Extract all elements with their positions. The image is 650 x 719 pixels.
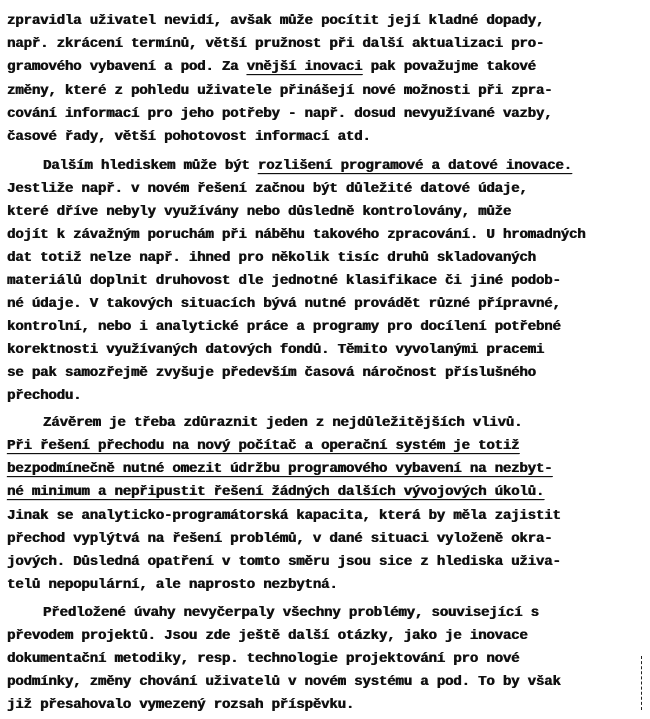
underlined-text: Při řešení přechodu na nový počítač a op… xyxy=(7,438,519,454)
text-span: kontrolní, nebo i analytické práce a pro… xyxy=(7,319,561,335)
text-span: které dříve nebyly využívány nebo důsled… xyxy=(7,204,511,220)
text-line: Závěrem je třeba zdůraznit jeden z nejdů… xyxy=(43,414,522,432)
text-line: zpravidla uživatel nevidí, avšak může po… xyxy=(7,12,544,30)
text-line: jových. Důsledná opatření v tomto směru … xyxy=(7,553,561,571)
underlined-text: rozlišení programové a datové inovace. xyxy=(258,158,572,174)
text-line: né údaje. V takových situacích bývá nutn… xyxy=(7,295,561,313)
text-span: dojít k závažným poruchám při náběhu tak… xyxy=(7,227,585,243)
text-line: Při řešení přechodu na nový počítač a op… xyxy=(7,437,519,455)
text-line: gramového vybavení a pod. Za vnější inov… xyxy=(7,58,536,76)
text-span: přechod vyplýtvá na řešení problémů, v d… xyxy=(7,531,552,547)
text-span: materiálů doplnit druhovost dle jednotné… xyxy=(7,273,561,289)
text-line: se pak samozřejmě zvyšuje především časo… xyxy=(7,364,536,382)
text-span: změny, které z pohledu uživatele přináše… xyxy=(7,83,552,99)
text-span: Předložené úvahy nevyčerpaly všechny pro… xyxy=(43,605,539,621)
text-span: Jinak se analyticko-programátorská kapac… xyxy=(7,508,561,524)
text-line: cování informací pro jeho potřeby - např… xyxy=(7,105,552,123)
text-span: cování informací pro jeho potřeby - např… xyxy=(7,106,552,122)
underlined-text: bezpodmínečně nutné omezit údržbu progra… xyxy=(7,461,552,477)
text-line: časové řady, větší pohotovost informací … xyxy=(7,128,371,146)
text-span: podmínky, změny chování uživatelů v nové… xyxy=(7,674,561,690)
margin-mark xyxy=(641,656,642,710)
text-span: Dalším hlediskem může být xyxy=(43,158,258,174)
text-span: zpravidla uživatel nevidí, avšak může po… xyxy=(7,13,544,29)
text-line: dokumentační metodiky, resp. technologie… xyxy=(7,650,519,668)
text-span: převodem projektů. Jsou zde ještě další … xyxy=(7,628,528,644)
text-span: telů nepopulární, ale naprosto nezbytná. xyxy=(7,577,338,593)
text-span: korektnosti využívaných datových fondů. … xyxy=(7,342,544,358)
text-line: telů nepopulární, ale naprosto nezbytná. xyxy=(7,576,338,594)
text-span: Závěrem je třeba zdůraznit jeden z nejdů… xyxy=(43,415,522,431)
text-line: přechodu. xyxy=(7,387,81,405)
text-line: bezpodmínečně nutné omezit údržbu progra… xyxy=(7,460,552,478)
text-span: jových. Důsledná opatření v tomto směru … xyxy=(7,554,561,570)
text-line: podmínky, změny chování uživatelů v nové… xyxy=(7,673,561,691)
text-span: přechodu. xyxy=(7,388,81,404)
text-span: časové řady, větší pohotovost informací … xyxy=(7,129,371,145)
text-line: přechod vyplýtvá na řešení problémů, v d… xyxy=(7,530,552,548)
text-line: již přesahovalo vymezený rozsah příspěvk… xyxy=(7,696,354,714)
typewritten-page: zpravidla uživatel nevidí, avšak může po… xyxy=(0,0,650,719)
text-span: dat totiž nelze např. ihned pro několik … xyxy=(7,250,536,266)
text-line: kontrolní, nebo i analytické práce a pro… xyxy=(7,318,561,336)
text-line: Předložené úvahy nevyčerpaly všechny pro… xyxy=(43,604,539,622)
text-line: Jinak se analyticko-programátorská kapac… xyxy=(7,507,561,525)
text-span: Jestliže např. v novém řešení začnou být… xyxy=(7,181,528,197)
text-line: které dříve nebyly využívány nebo důsled… xyxy=(7,203,511,221)
text-span: již přesahovalo vymezený rozsah příspěvk… xyxy=(7,697,354,713)
text-span: né údaje. V takových situacích bývá nutn… xyxy=(7,296,561,312)
underlined-text: vnější inovaci xyxy=(247,59,363,75)
text-line: dat totiž nelze např. ihned pro několik … xyxy=(7,249,536,267)
text-line: dojít k závažným poruchám při náběhu tak… xyxy=(7,226,585,244)
text-span: gramového vybavení a pod. Za xyxy=(7,59,247,75)
text-line: převodem projektů. Jsou zde ještě další … xyxy=(7,627,528,645)
text-line: Dalším hlediskem může být rozlišení prog… xyxy=(43,157,572,175)
text-line: změny, které z pohledu uživatele přináše… xyxy=(7,82,552,100)
text-line: materiálů doplnit druhovost dle jednotné… xyxy=(7,272,561,290)
text-span: pak považujme takové xyxy=(362,59,536,75)
text-line: korektnosti využívaných datových fondů. … xyxy=(7,341,544,359)
text-span: se pak samozřejmě zvyšuje především časo… xyxy=(7,365,536,381)
text-span: dokumentační metodiky, resp. technologie… xyxy=(7,651,519,667)
underlined-text: né minimum a nepřipustit řešení žádných … xyxy=(7,484,544,500)
text-line: Jestliže např. v novém řešení začnou být… xyxy=(7,180,528,198)
text-line: např. zkrácení termínů, větší pružnost p… xyxy=(7,35,544,53)
text-line: né minimum a nepřipustit řešení žádných … xyxy=(7,483,544,501)
text-span: např. zkrácení termínů, větší pružnost p… xyxy=(7,36,544,52)
